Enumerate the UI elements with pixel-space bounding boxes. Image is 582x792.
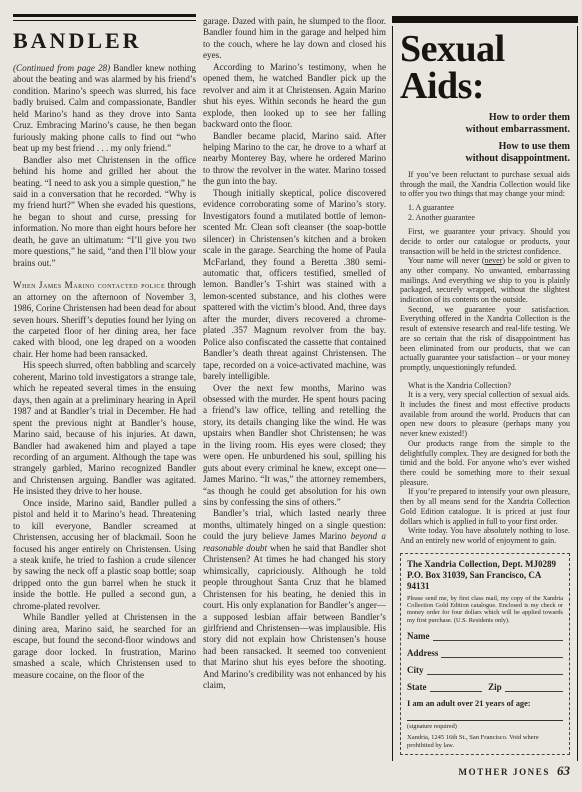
address-blank-line bbox=[441, 647, 563, 658]
ad-paragraph: If you’ve been reluctant to purchase sex… bbox=[400, 170, 570, 199]
ad-subhead-use: How to use them without disappointment. bbox=[400, 141, 570, 165]
ad-body-copy: If you’ve been reluctant to purchase sex… bbox=[400, 170, 570, 546]
underlined-word: never bbox=[485, 256, 503, 265]
ad-top-bar bbox=[392, 16, 578, 23]
ad-paragraph: Your name will never (never) be sold or … bbox=[400, 256, 570, 305]
ad-headline-line2: Aids: bbox=[400, 68, 570, 105]
signature-line bbox=[407, 708, 563, 721]
article-paragraph: Bandler’s trial, which lasted nearly thr… bbox=[203, 508, 386, 691]
coupon-city-field: City bbox=[407, 664, 563, 675]
coupon-address-field: Address bbox=[407, 647, 563, 658]
ad-paragraph: Our products range from the simple to th… bbox=[400, 439, 570, 488]
ad-paragraph: Second, we guarantee your satisfaction. … bbox=[400, 305, 570, 373]
ad-subhead-order: How to order them without embarrassment. bbox=[400, 112, 570, 136]
header-rule-thick bbox=[13, 14, 196, 17]
city-blank-line bbox=[427, 664, 564, 675]
article-paragraph: Bandler became placid, Marino said. Afte… bbox=[203, 131, 386, 188]
xandria-advertisement: Sexual Aids: How to order them without e… bbox=[392, 16, 578, 761]
ad-paragraph: If you’re prepared to intensify your own… bbox=[400, 487, 570, 526]
adult-statement: I am an adult over 21 years of age: bbox=[407, 699, 563, 708]
ad-paragraph: It is a very, very special collection of… bbox=[400, 390, 570, 439]
state-blank-line bbox=[430, 681, 483, 692]
article-paragraph: Over the next few months, Marino was obs… bbox=[203, 383, 386, 509]
coupon-fine-print: Please send me, by first class mail, my … bbox=[407, 595, 563, 625]
ad-frame: Sexual Aids: How to order them without e… bbox=[392, 26, 578, 761]
article-paragraph: Once inside, Marino said, Bandler pulled… bbox=[13, 498, 196, 613]
page-footer: MOTHER JONES 63 bbox=[459, 763, 570, 779]
ad-paragraph: First, we guarantee your privacy. Should… bbox=[400, 227, 570, 256]
ad-list-item: 2. Another guarantee bbox=[408, 213, 570, 223]
coupon-address: The Xandria Collection, Dept. MJ0289 P.O… bbox=[407, 559, 563, 592]
ad-headline-line1: Sexual bbox=[400, 31, 570, 68]
coupon-legal: Xandria, 1245 16th St., San Francisco. V… bbox=[407, 734, 563, 750]
article-paragraph: Bandler also met Christensen in the offi… bbox=[13, 155, 196, 270]
article-paragraph: garage. Dazed with pain, he slumped to t… bbox=[203, 16, 386, 62]
article-section-paragraph: When James Marino contacted police throu… bbox=[13, 280, 196, 360]
article-paragraph: Though initially skeptical, police disco… bbox=[203, 188, 386, 383]
page-number: 63 bbox=[557, 763, 570, 779]
header-rule-thin bbox=[13, 20, 196, 22]
article-paragraph: While Bandler yelled at Christensen in t… bbox=[13, 612, 196, 681]
article-paragraph: According to Marino’s testimony, when he… bbox=[203, 62, 386, 131]
ad-paragraph: Write today. You have absolutely nothing… bbox=[400, 526, 570, 545]
article-column-1: BANDLER (Continued from page 28) Bandler… bbox=[13, 14, 196, 681]
ad-guarantee-list: 1. A guarantee 2. Another guarantee bbox=[408, 203, 570, 223]
article-paragraph: His speech slurred, often babbling and s… bbox=[13, 360, 196, 497]
ad-list-item: 1. A guarantee bbox=[408, 203, 570, 213]
name-blank-line bbox=[433, 630, 564, 641]
magazine-page: BANDLER (Continued from page 28) Bandler… bbox=[0, 0, 582, 792]
ad-headline: Sexual Aids: bbox=[400, 31, 570, 105]
coupon-state-zip-field: State Zip bbox=[407, 681, 563, 692]
coupon-name-field: Name bbox=[407, 630, 563, 641]
small-caps-lead: When James Marino contacted police bbox=[13, 280, 165, 290]
article-column-2: garage. Dazed with pain, he slumped to t… bbox=[203, 16, 386, 692]
signature-note: (signature required) bbox=[407, 723, 563, 730]
zip-blank-line bbox=[505, 681, 563, 692]
article-paragraph: (Continued from page 28) Bandler knew no… bbox=[13, 63, 196, 155]
continued-from-note: (Continued from page 28) bbox=[13, 63, 110, 73]
magazine-name: MOTHER JONES bbox=[459, 767, 550, 777]
article-title: BANDLER bbox=[13, 28, 196, 54]
ad-question: What is the Xandria Collection? bbox=[400, 381, 570, 391]
order-coupon: The Xandria Collection, Dept. MJ0289 P.O… bbox=[400, 553, 570, 756]
